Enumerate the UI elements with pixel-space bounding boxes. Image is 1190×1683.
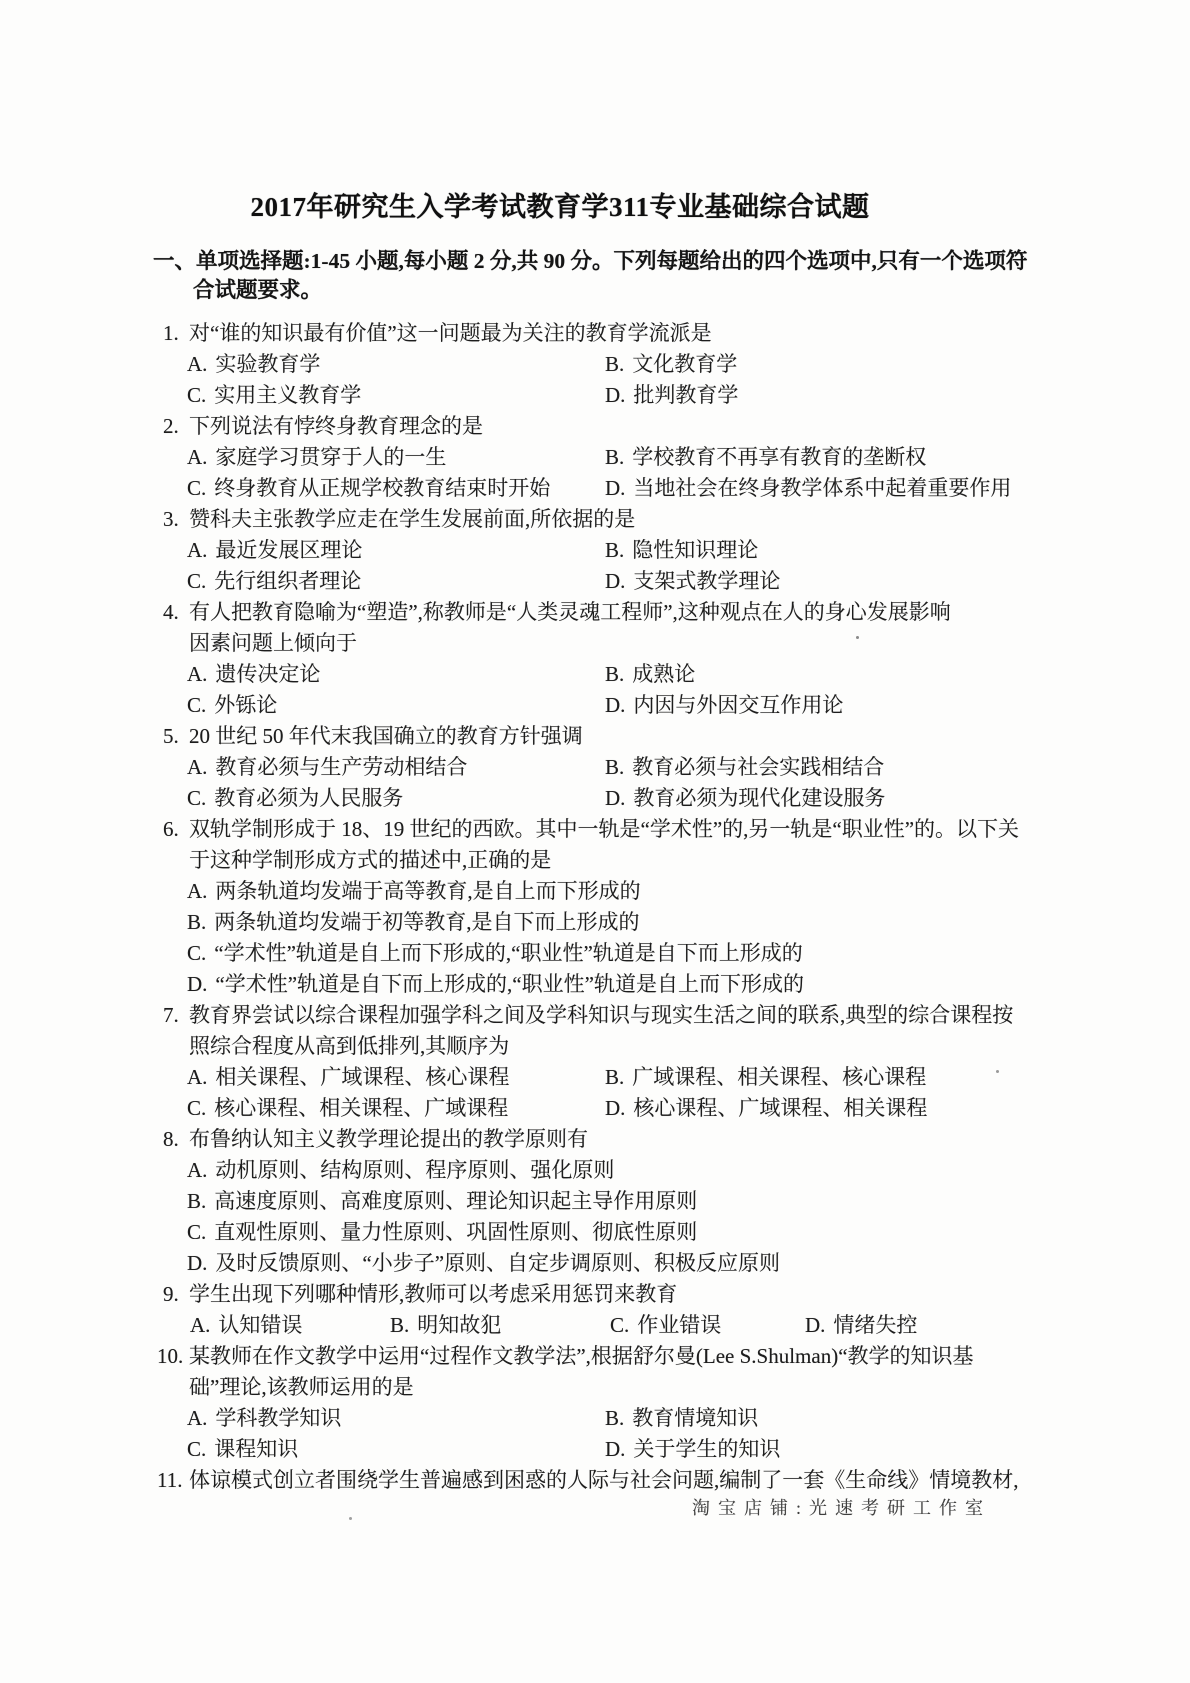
option-row: C.教育必须为人民服务D.教育必须为现代化建设服务 (157, 783, 1067, 814)
option-text: 教育必须为人民服务 (214, 786, 403, 810)
question: 7.教育界尝试以综合课程加强学科之间及学科知识与现实生活之间的联系,典型的综合课… (157, 1000, 1067, 1124)
question-stem-line: 础”理论,该教师运用的是 (157, 1372, 1067, 1403)
option-text: 终身教育从正规学校教育结束时开始 (214, 476, 550, 500)
question-stem-text: 某教师在作文教学中运用“过程作文教学法”,根据舒尔曼(Lee S.Shulman… (189, 1344, 974, 1368)
option: B.明知故犯 (390, 1310, 610, 1341)
option: C.作业错误 (610, 1310, 805, 1341)
question-number: 11. (157, 1465, 189, 1496)
option-label: C. (187, 941, 206, 965)
question: 1.对“谁的知识最有价值”这一问题最为关注的教育学流派是A.实验教育学B.文化教… (157, 318, 1067, 411)
option-text: 实用主义教育学 (214, 383, 361, 407)
option-label: C. (187, 1220, 206, 1244)
option: D.内因与外因交互作用论 (605, 690, 843, 721)
scan-speck (856, 636, 859, 639)
option: B.文化教育学 (605, 349, 737, 380)
question-number: 2. (157, 411, 189, 442)
question-stem-text: 布鲁纳认知主义教学理论提出的教学原则有 (189, 1127, 588, 1151)
option-label: D. (605, 569, 625, 593)
option-text: 家庭学习贯穿于人的一生 (215, 445, 446, 469)
question-stem-text: 有人把教育隐喻为“塑造”,称教师是“人类灵魂工程师”,这种观点在人的身心发展影响 (189, 600, 951, 624)
option: C.先行组织者理论 (187, 566, 605, 597)
option-text: 关于学生的知识 (633, 1437, 780, 1461)
question-number: 7. (157, 1000, 189, 1031)
option-label: A. (187, 538, 207, 562)
option-text: 最近发展区理论 (215, 538, 362, 562)
option-text: 情绪失控 (833, 1313, 917, 1337)
option: D.核心课程、广域课程、相关课程 (605, 1093, 927, 1124)
option: A.相关课程、广域课程、核心课程 (187, 1062, 605, 1093)
option: D.情绪失控 (805, 1310, 917, 1341)
option-text: “学术性”轨道是自下而上形成的,“职业性”轨道是自上而下形成的 (215, 972, 804, 996)
option-text: 广域课程、相关课程、核心课程 (632, 1065, 926, 1089)
watermark-shop-label: 淘宝店铺:光速考研工作室 (692, 1494, 991, 1520)
option-row: B.两条轨道均发端于初等教育,是自下而上形成的 (157, 907, 1067, 938)
question: 5.20 世纪 50 年代末我国确立的教育方针强调A.教育必须与生产劳动相结合B… (157, 721, 1067, 814)
page-title: 2017年研究生入学考试教育学311专业基础综合试题 (0, 185, 1120, 224)
option-text: 学校教育不再享有教育的垄断权 (632, 445, 926, 469)
option-text: “学术性”轨道是自上而下形成的,“职业性”轨道是自下而上形成的 (214, 941, 803, 965)
option-label: B. (187, 910, 206, 934)
question: 9.学生出现下列哪种情形,教师可以考虑采用惩罚来教育A.认知错误B.明知故犯C.… (157, 1279, 1067, 1341)
option-label: B. (187, 1189, 206, 1213)
question-stem-line: 4.有人把教育隐喻为“塑造”,称教师是“人类灵魂工程师”,这种观点在人的身心发展… (157, 597, 1067, 628)
option: A.遗传决定论 (187, 659, 605, 690)
option-text: 教育必须为现代化建设服务 (633, 786, 885, 810)
question: 6.双轨学制形成于 18、19 世纪的西欧。其中一轨是“学术性”的,另一轨是“职… (157, 814, 1067, 1000)
option-text: 及时反馈原则、“小步子”原则、自定步调原则、积极反应原则 (215, 1251, 780, 1275)
option-text: 支架式教学理论 (633, 569, 780, 593)
option-text: 明知故犯 (417, 1313, 501, 1337)
option-row: B.高速度原则、高难度原则、理论知识起主导作用原则 (157, 1186, 1067, 1217)
option-text: 当地社会在终身教学体系中起着重要作用 (633, 476, 1011, 500)
option: D.“学术性”轨道是自下而上形成的,“职业性”轨道是自上而下形成的 (187, 969, 804, 1000)
option-text: 核心课程、广域课程、相关课程 (633, 1096, 927, 1120)
question: 11.体谅模式创立者围绕学生普遍感到困惑的人际与社会问题,编制了一套《生命线》情… (157, 1465, 1067, 1496)
option-text: 教育情境知识 (632, 1406, 758, 1430)
question-stem-line: 5.20 世纪 50 年代末我国确立的教育方针强调 (157, 721, 1067, 752)
question-stem-text: 赞科夫主张教学应走在学生发展前面,所依据的是 (189, 507, 635, 531)
option-label: A. (187, 1406, 207, 1430)
option-label: A. (187, 755, 207, 779)
option: B.隐性知识理论 (605, 535, 758, 566)
option: B.教育必须与社会实践相结合 (605, 752, 884, 783)
option-text: 教育必须与生产劳动相结合 (215, 755, 467, 779)
option-text: 相关课程、广域课程、核心课程 (215, 1065, 509, 1089)
option: C.终身教育从正规学校教育结束时开始 (187, 473, 605, 504)
option-label: B. (605, 755, 624, 779)
option: A.两条轨道均发端于高等教育,是自上而下形成的 (187, 876, 641, 907)
option: D.批判教育学 (605, 380, 738, 411)
option-label: A. (187, 352, 207, 376)
question: 8.布鲁纳认知主义教学理论提出的教学原则有A.动机原则、结构原则、程序原则、强化… (157, 1124, 1067, 1279)
option-row: A.遗传决定论B.成熟论 (157, 659, 1067, 690)
option-label: A. (187, 1158, 207, 1182)
question-stem-line: 6.双轨学制形成于 18、19 世纪的西欧。其中一轨是“学术性”的,另一轨是“职… (157, 814, 1067, 845)
option-text: 批判教育学 (633, 383, 738, 407)
option-label: B. (605, 445, 624, 469)
option-row: C.实用主义教育学D.批判教育学 (157, 380, 1067, 411)
option-label: A. (187, 662, 207, 686)
option-row: A.动机原则、结构原则、程序原则、强化原则 (157, 1155, 1067, 1186)
question: 4.有人把教育隐喻为“塑造”,称教师是“人类灵魂工程师”,这种观点在人的身心发展… (157, 597, 1067, 721)
option-row: A.两条轨道均发端于高等教育,是自上而下形成的 (157, 876, 1067, 907)
option-row: C.外铄论D.内因与外因交互作用论 (157, 690, 1067, 721)
option-label: C. (187, 786, 206, 810)
question-stem-line: 9.学生出现下列哪种情形,教师可以考虑采用惩罚来教育 (157, 1279, 1067, 1310)
option-text: 外铄论 (214, 693, 277, 717)
question: 3.赞科夫主张教学应走在学生发展前面,所依据的是A.最近发展区理论B.隐性知识理… (157, 504, 1067, 597)
option-label: C. (187, 1437, 206, 1461)
option-label: A. (190, 1313, 210, 1337)
question-number: 4. (157, 597, 189, 628)
option-label: C. (187, 569, 206, 593)
option-label: A. (187, 445, 207, 469)
question-stem-line: 照综合程度从高到低排列,其顺序为 (157, 1031, 1067, 1062)
option-label: D. (605, 476, 625, 500)
option-row: A.教育必须与生产劳动相结合B.教育必须与社会实践相结合 (157, 752, 1067, 783)
option: D.当地社会在终身教学体系中起着重要作用 (605, 473, 1011, 504)
option: D.教育必须为现代化建设服务 (605, 783, 885, 814)
question-stem-line: 11.体谅模式创立者围绕学生普遍感到困惑的人际与社会问题,编制了一套《生命线》情… (157, 1465, 1067, 1496)
option-text: 两条轨道均发端于初等教育,是自下而上形成的 (214, 910, 639, 934)
option-row: C.“学术性”轨道是自上而下形成的,“职业性”轨道是自下而上形成的 (157, 938, 1067, 969)
option-row: A.最近发展区理论B.隐性知识理论 (157, 535, 1067, 566)
option: B.高速度原则、高难度原则、理论知识起主导作用原则 (187, 1186, 697, 1217)
option-text: 高速度原则、高难度原则、理论知识起主导作用原则 (214, 1189, 697, 1213)
option-label: C. (187, 693, 206, 717)
option-label: B. (605, 1065, 624, 1089)
option-text: 直观性原则、量力性原则、巩固性原则、彻底性原则 (214, 1220, 697, 1244)
option: B.教育情境知识 (605, 1403, 758, 1434)
option-label: D. (605, 383, 625, 407)
questions-list: 1.对“谁的知识最有价值”这一问题最为关注的教育学流派是A.实验教育学B.文化教… (157, 318, 1067, 1496)
option: B.学校教育不再享有教育的垄断权 (605, 442, 926, 473)
question: 2.下列说法有悖终身教育理念的是A.家庭学习贯穿于人的一生B.学校教育不再享有教… (157, 411, 1067, 504)
question-stem-text: 体谅模式创立者围绕学生普遍感到困惑的人际与社会问题,编制了一套《生命线》情境教材… (189, 1468, 1019, 1492)
option: B.广域课程、相关课程、核心课程 (605, 1062, 926, 1093)
scan-speck (349, 1517, 352, 1520)
option-text: 教育必须与社会实践相结合 (632, 755, 884, 779)
option-label: D. (805, 1313, 825, 1337)
option-text: 先行组织者理论 (214, 569, 361, 593)
option-label: B. (390, 1313, 409, 1337)
option: A.家庭学习贯穿于人的一生 (187, 442, 605, 473)
option: A.教育必须与生产劳动相结合 (187, 752, 605, 783)
option-label: A. (187, 1065, 207, 1089)
question-number: 1. (157, 318, 189, 349)
option: C.外铄论 (187, 690, 605, 721)
option: C.核心课程、相关课程、广域课程 (187, 1093, 605, 1124)
option-row: D.及时反馈原则、“小步子”原则、自定步调原则、积极反应原则 (157, 1248, 1067, 1279)
option-row: D.“学术性”轨道是自下而上形成的,“职业性”轨道是自上而下形成的 (157, 969, 1067, 1000)
question-stem-text: 对“谁的知识最有价值”这一问题最为关注的教育学流派是 (189, 321, 712, 345)
option-label: B. (605, 662, 624, 686)
option-label: D. (187, 972, 207, 996)
option-text: 实验教育学 (215, 352, 320, 376)
option-label: B. (605, 352, 624, 376)
question-number: 5. (157, 721, 189, 752)
option: C.“学术性”轨道是自上而下形成的,“职业性”轨道是自下而上形成的 (187, 938, 803, 969)
option: C.直观性原则、量力性原则、巩固性原则、彻底性原则 (187, 1217, 697, 1248)
question-stem-line: 3.赞科夫主张教学应走在学生发展前面,所依据的是 (157, 504, 1067, 535)
option-label: D. (605, 693, 625, 717)
option-label: A. (187, 879, 207, 903)
option-row: C.核心课程、相关课程、广域课程D.核心课程、广域课程、相关课程 (157, 1093, 1067, 1124)
question-number: 6. (157, 814, 189, 845)
question-number: 8. (157, 1124, 189, 1155)
option-label: D. (605, 786, 625, 810)
question-stem-line: 7.教育界尝试以综合课程加强学科之间及学科知识与现实生活之间的联系,典型的综合课… (157, 1000, 1067, 1031)
option: C.教育必须为人民服务 (187, 783, 605, 814)
option-label: C. (610, 1313, 629, 1337)
option-label: C. (187, 383, 206, 407)
question-number: 9. (157, 1279, 189, 1310)
option-row: C.直观性原则、量力性原则、巩固性原则、彻底性原则 (157, 1217, 1067, 1248)
section-instructions: 一、单项选择题:1-45 小题,每小题 2 分,共 90 分。下列每题给出的四个… (153, 247, 1053, 305)
question-stem-text: 学生出现下列哪种情形,教师可以考虑采用惩罚来教育 (189, 1282, 677, 1306)
question-number: 10. (157, 1341, 189, 1372)
option-text: 认知错误 (218, 1313, 302, 1337)
option-row: A.家庭学习贯穿于人的一生B.学校教育不再享有教育的垄断权 (157, 442, 1067, 473)
option-text: 两条轨道均发端于高等教育,是自上而下形成的 (215, 879, 640, 903)
question-stem-text: 下列说法有悖终身教育理念的是 (189, 414, 483, 438)
option: A.学科教学知识 (187, 1403, 605, 1434)
question-stem-line: 2.下列说法有悖终身教育理念的是 (157, 411, 1067, 442)
question-stem-line: 于这种学制形成方式的描述中,正确的是 (157, 845, 1067, 876)
option-label: C. (187, 476, 206, 500)
option: C.课程知识 (187, 1434, 605, 1465)
option-text: 学科教学知识 (215, 1406, 341, 1430)
option-text: 成熟论 (632, 662, 695, 686)
option-label: C. (187, 1096, 206, 1120)
option: A.认知错误 (190, 1310, 390, 1341)
option-label: B. (605, 1406, 624, 1430)
scan-speck (996, 1070, 999, 1073)
option-text: 隐性知识理论 (632, 538, 758, 562)
question-stem-line: 10.某教师在作文教学中运用“过程作文教学法”,根据舒尔曼(Lee S.Shul… (157, 1341, 1067, 1372)
option-row: A.实验教育学B.文化教育学 (157, 349, 1067, 380)
section-instructions-line1: 一、单项选择题:1-45 小题,每小题 2 分,共 90 分。下列每题给出的四个… (153, 247, 1053, 276)
option-label: D. (605, 1437, 625, 1461)
option-row: C.终身教育从正规学校教育结束时开始D.当地社会在终身教学体系中起着重要作用 (157, 473, 1067, 504)
section-instructions-line2: 合试题要求。 (153, 276, 1053, 305)
option-text: 核心课程、相关课程、广域课程 (214, 1096, 508, 1120)
option-row: A.学科教学知识B.教育情境知识 (157, 1403, 1067, 1434)
option: A.最近发展区理论 (187, 535, 605, 566)
option: D.及时反馈原则、“小步子”原则、自定步调原则、积极反应原则 (187, 1248, 780, 1279)
question-number: 3. (157, 504, 189, 535)
option-text: 遗传决定论 (215, 662, 320, 686)
question-stem-line: 因素问题上倾向于 (157, 628, 1067, 659)
question: 10.某教师在作文教学中运用“过程作文教学法”,根据舒尔曼(Lee S.Shul… (157, 1341, 1067, 1465)
exam-page: 2017年研究生入学考试教育学311专业基础综合试题 一、单项选择题:1-45 … (0, 0, 1190, 1683)
option-text: 内因与外因交互作用论 (633, 693, 843, 717)
option-row: C.先行组织者理论D.支架式教学理论 (157, 566, 1067, 597)
question-stem-text: 双轨学制形成于 18、19 世纪的西欧。其中一轨是“学术性”的,另一轨是“职业性… (189, 817, 1019, 841)
option-text: 作业错误 (637, 1313, 721, 1337)
option-row: A.认知错误B.明知故犯C.作业错误D.情绪失控 (157, 1310, 1067, 1341)
question-stem-text: 20 世纪 50 年代末我国确立的教育方针强调 (189, 724, 583, 748)
option-row: C.课程知识D.关于学生的知识 (157, 1434, 1067, 1465)
option-label: D. (187, 1251, 207, 1275)
option-text: 文化教育学 (632, 352, 737, 376)
question-stem-line: 8.布鲁纳认知主义教学理论提出的教学原则有 (157, 1124, 1067, 1155)
option: A.实验教育学 (187, 349, 605, 380)
option: B.成熟论 (605, 659, 695, 690)
option-label: D. (605, 1096, 625, 1120)
question-stem-line: 1.对“谁的知识最有价值”这一问题最为关注的教育学流派是 (157, 318, 1067, 349)
question-stem-text: 教育界尝试以综合课程加强学科之间及学科知识与现实生活之间的联系,典型的综合课程按 (189, 1003, 1013, 1027)
option-text: 动机原则、结构原则、程序原则、强化原则 (215, 1158, 614, 1182)
option: D.支架式教学理论 (605, 566, 780, 597)
option-label: B. (605, 538, 624, 562)
option: A.动机原则、结构原则、程序原则、强化原则 (187, 1155, 614, 1186)
option-text: 课程知识 (214, 1437, 298, 1461)
option: D.关于学生的知识 (605, 1434, 780, 1465)
option: C.实用主义教育学 (187, 380, 605, 411)
option: B.两条轨道均发端于初等教育,是自下而上形成的 (187, 907, 640, 938)
option-row: A.相关课程、广域课程、核心课程B.广域课程、相关课程、核心课程 (157, 1062, 1067, 1093)
